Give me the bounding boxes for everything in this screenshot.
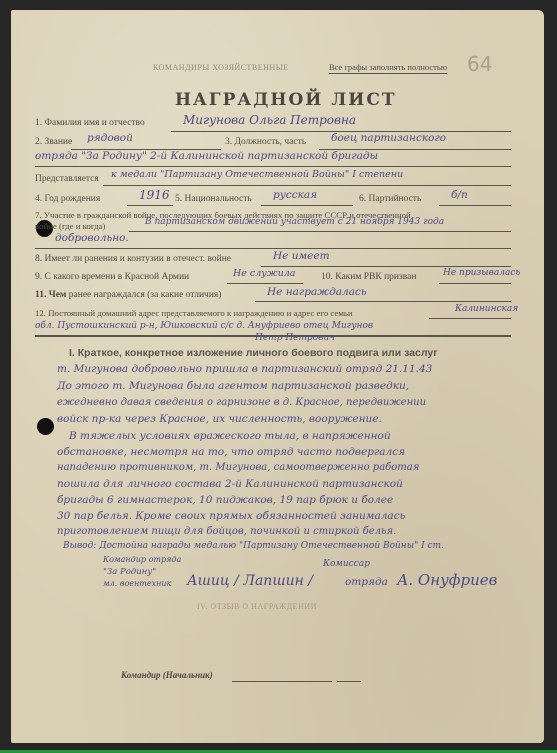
field-10-value: Не призывалась xyxy=(443,268,520,278)
pencil-page-number: 64 xyxy=(467,52,492,76)
section-iv-heading: IV. ОТЗЫВ О НАГРАЖДЕНИИ xyxy=(197,602,317,611)
feat-section-heading: I. Краткое, конкретное изложение личного… xyxy=(69,347,438,359)
field-7-label-line2: войне (где и когда) xyxy=(35,221,105,231)
header-instruction: Все графы заполнять полностью xyxy=(329,62,447,74)
field-9-label: 9. С какого времени в Красной Армии xyxy=(35,272,189,282)
document-title: НАГРАДНОЙ ЛИСТ xyxy=(175,90,397,110)
field-5-label: 5. Национальность xyxy=(175,194,252,204)
field-12-label: 12. Постоянный домашний адрес представля… xyxy=(35,308,353,318)
award-sheet-page: КОМАНДИРЫ ХОЗЯЙСТВЕННЫЕ Все графы заполн… xyxy=(11,10,544,743)
feat-line-1: т. Мигунова добровольно пришла в партиза… xyxy=(57,363,432,375)
field-4-value: 1916 xyxy=(139,188,170,202)
field-6-label: 6. Партийность xyxy=(359,194,421,204)
feat-line-4: войск пр-ка через Красное, их численност… xyxy=(57,413,382,425)
feat-line-2: До этого т. Мигунова была агентом партиз… xyxy=(57,380,409,392)
field-8-value: Не имеет xyxy=(273,250,330,262)
footer-signature-line xyxy=(232,681,332,682)
feat-line-7: нападению противником, т. Мигунова, само… xyxy=(57,462,419,473)
footer-commander-label: Командир (Начальник) xyxy=(121,670,213,680)
commissar-title-line2: отряда xyxy=(345,576,388,588)
commander-signature: Ашиц / Лапшин / xyxy=(187,573,313,589)
commander-title-line3: мл. воентехник xyxy=(103,579,171,588)
field-7-value: В партизанском движении участвует с 21 н… xyxy=(145,217,444,227)
field-2-label: 2. Звание xyxy=(35,137,72,147)
field-12-value: Калининская xyxy=(455,304,518,314)
field-3-value: боец партизанского xyxy=(331,132,446,144)
field-2-value: рядовой xyxy=(87,132,133,144)
header-faint-text: КОМАНДИРЫ ХОЗЯЙСТВЕННЫЕ xyxy=(153,63,289,72)
punch-hole-bottom xyxy=(37,418,54,435)
feat-line-6: обстановке, несмотря на то, что отряд ча… xyxy=(57,446,405,458)
field-11-label: 11. Чем ранее награждался (за какие отли… xyxy=(35,290,221,300)
field-5-value: русская xyxy=(273,189,317,201)
field-4-label: 4. Год рождения xyxy=(35,194,100,204)
field-1-label: 1. Фамилия имя и отчество xyxy=(35,118,145,128)
commissar-title-line1: Комиссар xyxy=(323,559,370,569)
field-1-value: Мигунова Ольга Петровна xyxy=(183,113,356,127)
commander-title-line1: Командир отряда xyxy=(103,555,181,564)
feat-line-9: бригады 6 гимнастерок, 10 пиджаков, 19 п… xyxy=(57,494,393,506)
presented-value: к медали "Партизану Отечественной Войны"… xyxy=(111,169,403,180)
field-11-label-bold: 11. Чем xyxy=(35,290,66,300)
feat-line-3: ежедневно давая сведения о гарнизоне в д… xyxy=(57,397,426,408)
feat-line-8: пошила для личного состава 2-й Калининск… xyxy=(57,478,403,490)
field-11-label-text: ранее награждался (за какие отличия) xyxy=(69,290,222,300)
field-8-label: 8. Имеет ли ранения и контузии в отечест… xyxy=(35,254,231,264)
commander-title-line2: "За Родину" xyxy=(103,567,156,577)
feat-line-5: В тяжелых условиях вражеского тыла, в на… xyxy=(69,430,391,442)
presented-label: Представляется xyxy=(35,174,99,184)
field-7-value-continued: добровольно. xyxy=(55,232,129,244)
field-12-value-continued: обл. Пустошкинский р-н, Юшковский с/с д.… xyxy=(35,321,373,331)
field-12-value-continued-2: Петр Петрович xyxy=(255,333,335,343)
field-6-value: б/п xyxy=(451,189,468,201)
field-11-value: Не награждалась xyxy=(267,286,367,298)
footer-date-line xyxy=(337,681,361,682)
commissar-signature: А. Онуфриев xyxy=(397,571,497,589)
feat-line-11: приготовлением пищи для бойцов, починкой… xyxy=(57,526,396,537)
field-3-value-continued: отряда "За Родину" 2-й Калининской парти… xyxy=(35,150,378,162)
field-3-label: 3. Должность, часть xyxy=(225,137,306,147)
feat-line-10: 30 пар белья. Кроме своих прямых обязанн… xyxy=(57,510,405,522)
field-9-value: Не служила xyxy=(233,268,295,279)
field-10-label: 10. Каким РВК призван xyxy=(321,272,416,282)
feat-line-12-conclusion: Вывод: Достойна награды медалью "Партиза… xyxy=(63,541,444,551)
